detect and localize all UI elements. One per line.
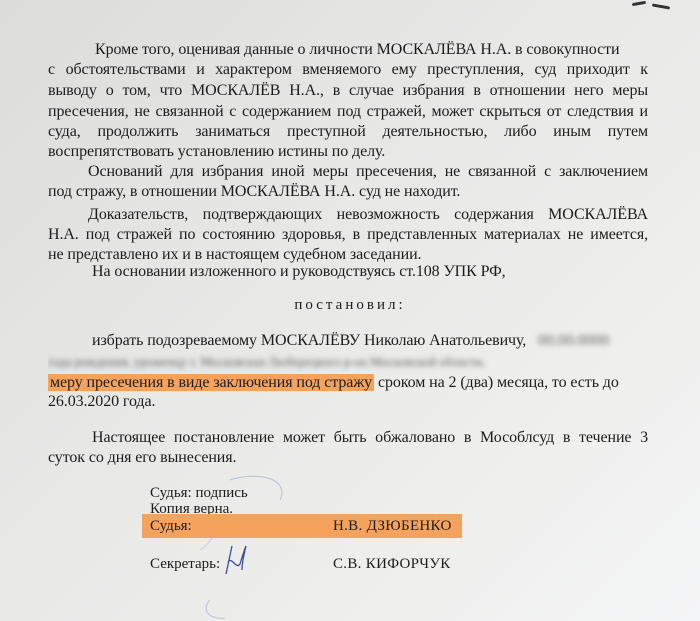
appeal-line-1: Настоящее постановление может быть обжал… xyxy=(92,428,648,448)
judge-label: Судья: xyxy=(150,517,192,535)
document-page: Кроме того, оценивая данные о личности М… xyxy=(0,0,700,621)
paragraph-1-line-5: суда, продолжить заниматься преступной д… xyxy=(48,122,648,142)
ruling-line-2: года рождения, уроженцу г. Московская Лю… xyxy=(48,352,648,372)
paragraph-1-line-6: воспрепятствовать установлению истины по… xyxy=(48,142,648,162)
paragraph-3-line-1: Доказательств, подтверждающих невозможно… xyxy=(88,205,648,225)
paragraph-1-line-1: Кроме того, оценивая данные о личности М… xyxy=(95,40,648,60)
ruling-line-3: меру пресечения в виде заключения под ст… xyxy=(48,373,648,393)
paragraph-2-line-2: под стражу, в отношении МОСКАЛЁВА Н.А. с… xyxy=(48,182,648,202)
ruling-line-1-text: избрать подозреваемому МОСКАЛЁВУ Николаю… xyxy=(92,332,526,349)
paragraph-1-line-3: выводу о том, что МОСКАЛЁВ Н.А., в случа… xyxy=(48,81,648,101)
legal-basis: На основании изложенного и руководствуяс… xyxy=(92,262,692,282)
secretary-name: С.В. КИФОРЧУК xyxy=(333,555,451,573)
appeal-line-2: суток со дня его вынесения. xyxy=(48,448,648,468)
highlighted-detention-measure: меру пресечения в виде заключения под ст… xyxy=(48,374,374,391)
paragraph-2-line-1: Оснований для избрания иной меры пресече… xyxy=(88,162,648,182)
staple-mark xyxy=(632,0,672,14)
ruling-date: 26.03.2020 года. xyxy=(48,392,648,412)
secretary-label: Секретарь: xyxy=(150,555,220,573)
paragraph-1-line-2: с обстоятельствами и характером вменяемо… xyxy=(48,60,648,80)
secretary-signature-icon xyxy=(222,540,252,580)
ruling-term: сроком на 2 (два) месяца, то есть до xyxy=(374,374,619,391)
redacted-birthdate: 00.00.0000 xyxy=(538,331,609,351)
ruling-line-1: избрать подозреваемому МОСКАЛЁВУ Николаю… xyxy=(92,331,648,351)
redacted-birthplace: года рождения, уроженцу г. Московская Лю… xyxy=(48,352,485,372)
ruling-heading: постановил: xyxy=(0,295,700,315)
paragraph-3-line-2: Н.А. под стражей по состоянию здоровья, … xyxy=(48,225,648,245)
paragraph-1-line-4: пресечения, не связанной с содержанием п… xyxy=(48,102,648,122)
judge-name: Н.В. ДЗЮБЕНКО xyxy=(333,517,452,535)
